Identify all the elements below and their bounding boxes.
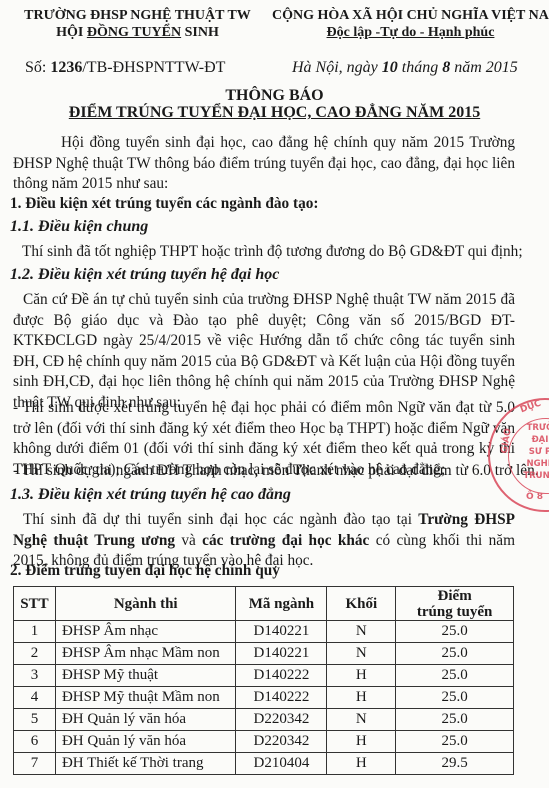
col-diem: Điểmtrúng tuyển	[396, 587, 514, 621]
cell-stt: 5	[14, 709, 56, 731]
cell-diem: 25.0	[396, 709, 514, 731]
seal-line: TRUNG	[520, 470, 549, 482]
cell-stt: 1	[14, 621, 56, 643]
national-motto: Độc lập -Tự do - Hạnh phúc	[272, 25, 549, 41]
cell-ma-nganh: D220342	[236, 731, 327, 753]
cell-khoi: H	[327, 687, 396, 709]
cell-stt: 7	[14, 753, 56, 775]
cell-khoi: N	[327, 643, 396, 665]
cell-diem: 25.0	[396, 687, 514, 709]
section-1-1-heading: 1.1. Điều kiện chung	[10, 217, 148, 238]
col-khoi: Khối	[327, 587, 396, 621]
document-date: Hà Nội, ngày 10 tháng 8 năm 2015	[292, 59, 518, 77]
table-row: 3ĐHSP Mỹ thuậtD140222H25.0	[14, 665, 514, 687]
cell-diem: 25.0	[396, 731, 514, 753]
table-header-row: STT Ngành thi Mã ngành Khối Điểmtrúng tu…	[14, 587, 514, 621]
cell-ma-nganh: D220342	[236, 709, 327, 731]
section-1-1-text: Thí sinh đã tốt nghiệp THPT hoặc trình đ…	[22, 242, 523, 263]
cell-ma-nganh: D140222	[236, 687, 327, 709]
cell-diem: 25.0	[396, 665, 514, 687]
col-stt: STT	[14, 587, 56, 621]
cell-diem: 25.0	[396, 643, 514, 665]
intro-paragraph: Hội đồng tuyển sinh đại học, cao đẳng hệ…	[13, 133, 515, 195]
cell-nganh: ĐH Thiết kế Thời trang	[55, 753, 236, 775]
cell-ma-nganh: D210404	[236, 753, 327, 775]
cell-khoi: H	[327, 665, 396, 687]
cell-diem: 29.5	[396, 753, 514, 775]
document-number: Số: 1236/TB-ĐHSPNTTW-ĐT	[25, 59, 225, 77]
section-1-2-text: Căn cứ Đề án tự chủ tuyển sinh của trườn…	[13, 290, 515, 413]
school-name: TRƯỜNG ĐHSP NGHỆ THUẬT TW	[0, 8, 275, 24]
cell-nganh: ĐHSP Mỹ thuật	[55, 665, 236, 687]
table-row: 5ĐH Quản lý văn hóaD220342N25.0	[14, 709, 514, 731]
notice-title: THÔNG BÁO	[0, 87, 549, 105]
cell-khoi: N	[327, 621, 396, 643]
cell-khoi: N	[327, 709, 396, 731]
table-row: 7ĐH Thiết kế Thời trangD210404H29.5	[14, 753, 514, 775]
section-2-heading: 2. Điểm trúng tuyển đại học hệ chính quy	[10, 561, 280, 582]
seal-line: NGHỆ	[520, 458, 549, 470]
cell-ma-nganh: D140221	[236, 621, 327, 643]
cell-khoi: H	[327, 753, 396, 775]
cell-nganh: ĐH Quản lý văn hóa	[55, 709, 236, 731]
cell-nganh: ĐH Quản lý văn hóa	[55, 731, 236, 753]
cell-stt: 2	[14, 643, 56, 665]
section-1-heading: 1. Điều kiện xét trúng tuyển các ngành đ…	[10, 194, 319, 215]
seal-line: ĐẠI	[520, 434, 549, 446]
notice-subtitle: ĐIỂM TRÚNG TUYỂN ĐẠI HỌC, CAO ĐẲNG NĂM 2…	[0, 104, 549, 122]
cell-stt: 6	[14, 731, 56, 753]
col-nganh: Ngành thi	[55, 587, 236, 621]
table-row: 6ĐH Quản lý văn hóaD220342H25.0	[14, 731, 514, 753]
council-name: HỘI ĐỒNG TUYỂN SINH	[0, 25, 275, 41]
section-1-2-bullet-2: - Thí sinh dự thi ngành ĐH Thanh nhạc, m…	[13, 461, 539, 482]
table-row: 4ĐHSP Mỹ thuật Mầm nonD140222H25.0	[14, 687, 514, 709]
section-1-3-heading: 1.3. Điều kiện xét trúng tuyển hệ cao đẳ…	[10, 485, 291, 506]
table-row: 1ĐHSP Âm nhạcD140221N25.0	[14, 621, 514, 643]
cell-nganh: ĐHSP Mỹ thuật Mầm non	[55, 687, 236, 709]
col-ma-nganh: Mã ngành	[236, 587, 327, 621]
cell-nganh: ĐHSP Âm nhạc Mầm non	[55, 643, 236, 665]
cell-stt: 3	[14, 665, 56, 687]
section-1-2-heading: 1.2. Điều kiện xét trúng tuyển hệ đại họ…	[10, 265, 279, 286]
country-name: CỘNG HÒA XÃ HỘI CHỦ NGHĨA VIỆT NAM	[272, 8, 549, 24]
table-row: 2ĐHSP Âm nhạc Mầm nonD140221N25.0	[14, 643, 514, 665]
seal-line: SƯ P	[520, 446, 549, 458]
cell-nganh: ĐHSP Âm nhạc	[55, 621, 236, 643]
cell-khoi: H	[327, 731, 396, 753]
admission-scores-table: STT Ngành thi Mã ngành Khối Điểmtrúng tu…	[13, 586, 514, 775]
cell-stt: 4	[14, 687, 56, 709]
cell-diem: 25.0	[396, 621, 514, 643]
seal-line: TRƯỜ	[520, 422, 549, 434]
cell-ma-nganh: D140222	[236, 665, 327, 687]
cell-ma-nganh: D140221	[236, 643, 327, 665]
seal-text: TRƯỜĐẠISƯ PNGHỆTRUNG	[520, 422, 549, 482]
